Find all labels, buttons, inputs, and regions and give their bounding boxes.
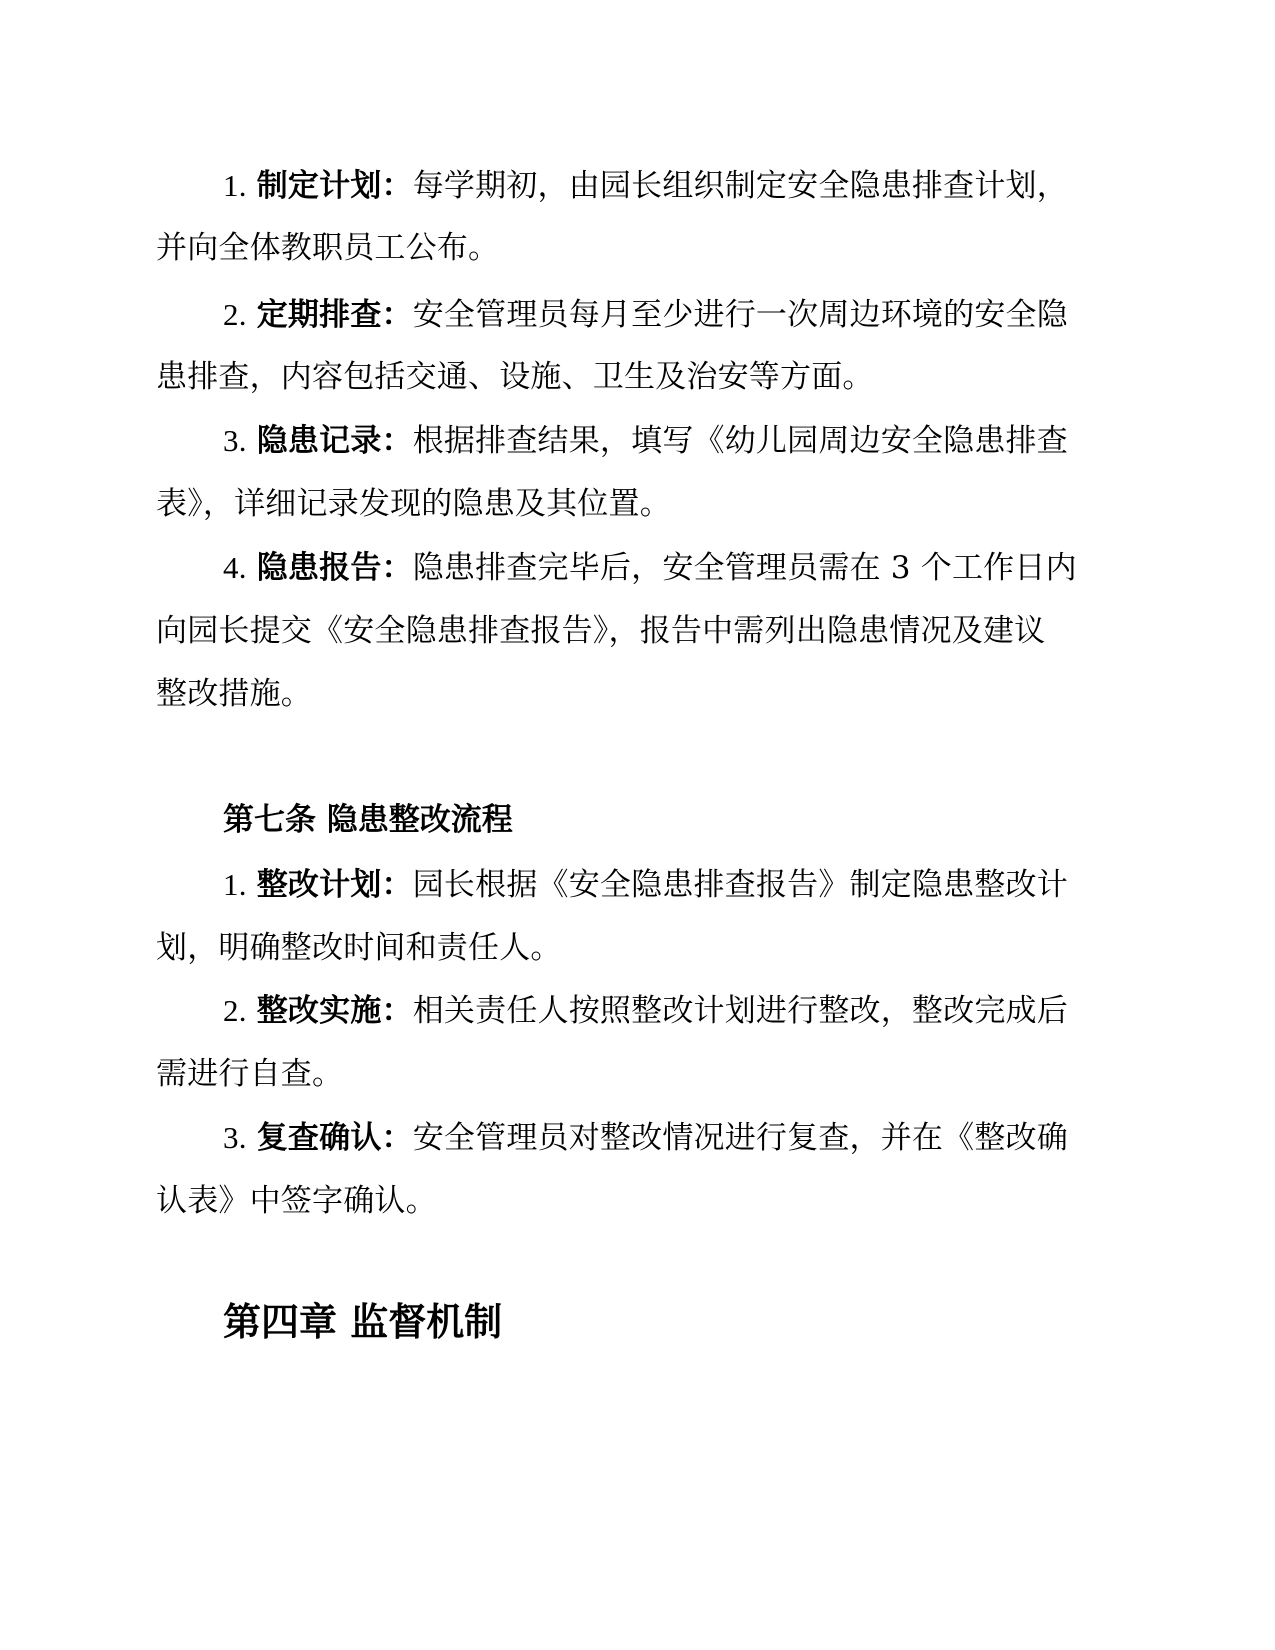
- item-number: 4.: [223, 550, 247, 585]
- list-item-plan: 1. 制定计划：每学期初，由园长组织制定安全隐患排查计划，: [223, 166, 1068, 206]
- item-text: 安全管理员每月至少进行一次周边环境的安全隐: [413, 297, 1068, 333]
- item-title: 隐患记录: [257, 423, 382, 459]
- list-item-record: 3. 隐患记录：根据排查结果，填写《幼儿园周边安全隐患排查: [223, 421, 1068, 461]
- list-item-inspection: 2. 定期排查：安全管理员每月至少进行一次周边环境的安全隐: [223, 295, 1068, 335]
- list-item-rectify-plan-cont: 划，明确整改时间和责任人。: [156, 928, 562, 968]
- item-title: 复查确认: [257, 1120, 382, 1156]
- item-text: 园长根据《安全隐患排查报告》制定隐患整改计: [413, 867, 1068, 903]
- item-title: 制定计划: [257, 168, 382, 204]
- list-item-recheck-cont: 认表》中签字确认。: [156, 1181, 437, 1221]
- list-item-recheck: 3. 复查确认：安全管理员对整改情况进行复查，并在《整改确: [223, 1118, 1068, 1158]
- list-item-rectify-implement: 2. 整改实施：相关责任人按照整改计划进行整改，整改完成后: [223, 991, 1068, 1031]
- item-number: 2.: [223, 297, 247, 332]
- list-item-report-cont: 向园长提交《安全隐患排查报告》，报告中需列出隐患情况及建议: [156, 611, 1045, 651]
- item-text: 隐患排查完毕后，安全管理员需在 3 个工作日内: [413, 550, 1077, 586]
- item-colon: ：: [382, 423, 413, 459]
- list-item-report-cont2: 整改措施。: [156, 674, 312, 714]
- item-text: 安全管理员对整改情况进行复查，并在《整改确: [413, 1120, 1068, 1156]
- item-number: 3.: [223, 1120, 247, 1155]
- section-heading: 第七条 隐患整改流程: [223, 800, 513, 840]
- item-text: 相关责任人按照整改计划进行整改，整改完成后: [413, 993, 1068, 1029]
- item-text: 每学期初，由园长组织制定安全隐患排查计划，: [413, 168, 1068, 204]
- item-text: 根据排查结果，填写《幼儿园周边安全隐患排查: [413, 423, 1068, 459]
- item-colon: ：: [382, 867, 413, 903]
- list-item-rectify-implement-cont: 需进行自查。: [156, 1054, 343, 1094]
- item-number: 1.: [223, 168, 247, 203]
- chapter-heading: 第四章 监督机制: [223, 1298, 502, 1346]
- list-item-report: 4. 隐患报告：隐患排查完毕后，安全管理员需在 3 个工作日内: [223, 548, 1077, 588]
- list-item-rectify-plan: 1. 整改计划：园长根据《安全隐患排查报告》制定隐患整改计: [223, 865, 1068, 905]
- item-colon: ：: [382, 1120, 413, 1156]
- item-title: 整改计划: [257, 867, 382, 903]
- item-title: 隐患报告: [257, 550, 382, 586]
- list-item-plan-cont: 并向全体教职员工公布。: [156, 228, 499, 268]
- item-colon: ：: [382, 993, 413, 1029]
- item-number: 3.: [223, 423, 247, 458]
- item-number: 2.: [223, 993, 247, 1028]
- item-colon: ：: [382, 297, 413, 333]
- item-title: 定期排查: [257, 297, 382, 333]
- item-colon: ：: [382, 550, 413, 586]
- list-item-record-cont: 表》，详细记录发现的隐患及其位置。: [156, 484, 671, 524]
- item-number: 1.: [223, 867, 247, 902]
- item-colon: ：: [382, 168, 413, 204]
- item-title: 整改实施: [257, 993, 382, 1029]
- list-item-inspection-cont: 患排查，内容包括交通、设施、卫生及治安等方面。: [156, 357, 874, 397]
